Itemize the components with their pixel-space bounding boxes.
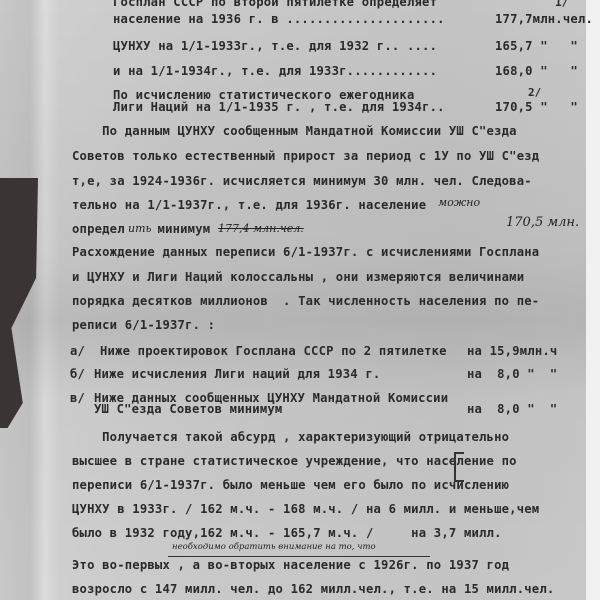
handwritten-insert-1: можно	[438, 196, 480, 209]
paragraph3-line5: было в 1932 году,162 м.ч. - 165,7 м.ч. /…	[72, 527, 502, 540]
paragraph1-line4: тельно на 1/1-1937г., т.е. для 1936г. на…	[72, 199, 426, 212]
paragraph3-line1: Получается такой абсурд , характеризующи…	[72, 431, 509, 444]
paragraph3-line2: высшее в стране статистическое учреждени…	[72, 455, 517, 468]
paragraph1-line1: По данным ЦУНХУ сообщенным Мандатной Ком…	[72, 125, 517, 138]
paragraph1-line5: определ	[72, 223, 125, 236]
paragraph2-line1: Расхождение данных переписи 6/1-1937г. с…	[72, 246, 539, 259]
page-edge	[586, 0, 600, 600]
annotation-underline	[168, 556, 430, 557]
table-row-2-value: 165,7 " "	[495, 40, 578, 53]
list-marker-c: в/	[70, 392, 85, 405]
paragraph2-line2: и ЦУНХУ и Лиги Наций колоссальны , они и…	[72, 271, 524, 284]
table-row-4-value: 170,5 " "	[495, 101, 578, 114]
paragraph1-line2: Советов только естественный прирост за п…	[72, 150, 539, 163]
list-value-c: на 8,0 " "	[467, 403, 557, 416]
paragraph1-line5-b: минимум	[150, 223, 210, 236]
paragraph3-line3: переписи 6/1-1937г. было меньше чем его …	[72, 479, 509, 492]
table-row-2-label: ЦУНХУ на 1/1-1933г., т.е. для 1932 г.. .…	[113, 40, 437, 53]
table-row-1-value: 177,7млн.чел.	[495, 13, 593, 26]
list-item-a: Ниже проектировок Госплана СССР по 2 пят…	[100, 345, 447, 358]
list-item-b: Ниже исчисления Лиги наций для 1934 г.	[94, 368, 380, 381]
table-row-3-label: и на 1/1-1934г., т.е. для 1933г.........…	[113, 65, 437, 78]
table-row-4-label-b: Лиги Наций на 1/1-1935 г. , т.е. для 193…	[113, 101, 445, 114]
paragraph2-line4: реписи 6/1-1937г. :	[72, 319, 215, 332]
list-item-c-2: УШ С"езда Советов минимум	[94, 403, 282, 416]
margin-handwritten-value: 170,5 млн.	[506, 215, 579, 230]
footnote-1: 1/	[555, 0, 568, 9]
paragraph3-line6: Это во-первых , а во-вторых население с …	[72, 559, 509, 572]
handwritten-insert-2: ить	[128, 222, 152, 235]
struck-text: 177,4 млн.чел.	[218, 222, 304, 235]
list-marker-b: б/	[70, 368, 85, 381]
paragraph3-line7: возросло с 147 милл. чел. до 162 милл.че…	[72, 583, 554, 596]
footnote-2: 2/	[528, 86, 541, 99]
paragraph2-line3: порядка десятков миллионов . Так численн…	[72, 295, 539, 308]
paragraph1-line3: т,е, за 1924-1936г. исчисляется минимум …	[72, 175, 532, 188]
paragraph3-line4: ЦУНХУ в 1933г. / 162 м.ч. - 168 м.ч. / н…	[72, 503, 539, 516]
list-value-b: на 8,0 " "	[467, 368, 557, 381]
table-row-3-value: 168,0 " "	[495, 65, 578, 78]
table-row-1-label-b: население на 1936 г. в .................…	[113, 13, 445, 26]
list-marker-a: а/	[70, 345, 85, 358]
table-row-1-label-a: Госплан СССР по второй пятилетке определ…	[113, 0, 437, 9]
list-value-a: на 15,9млн.ч	[467, 345, 557, 358]
handwritten-annotation: необходимо обратить внимание на то, что	[172, 542, 376, 552]
